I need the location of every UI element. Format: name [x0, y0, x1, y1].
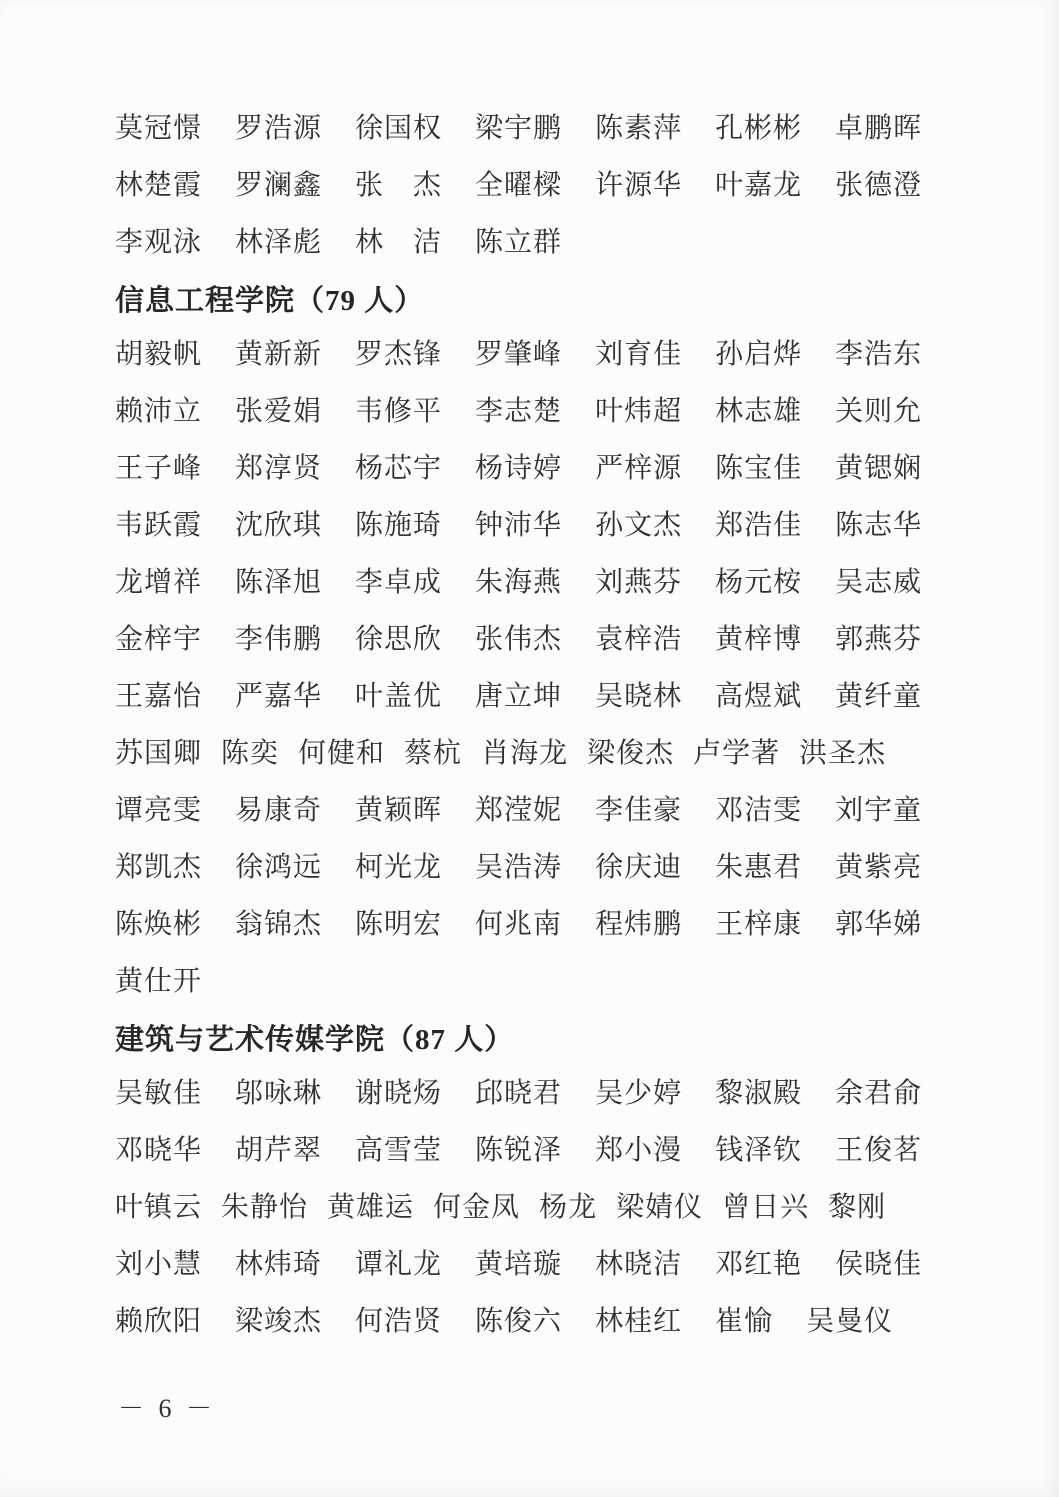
person-name: 洪圣杰	[799, 740, 886, 768]
person-name: 陈俊六	[475, 1308, 562, 1336]
person-name: 梁婧仪	[616, 1194, 703, 1222]
person-name: 关则允	[835, 398, 922, 426]
person-name: 郭燕芬	[835, 626, 922, 654]
name-row: 李观泳林泽彪林 洁陈立群	[115, 214, 949, 271]
person-name: 郑小漫	[595, 1137, 682, 1165]
person-name: 吴曼仪	[806, 1308, 893, 1336]
person-name: 邓红艳	[715, 1251, 802, 1279]
person-name: 何金凤	[433, 1194, 520, 1222]
person-name: 李佳豪	[595, 797, 682, 825]
name-row: 陈焕彬翁锦杰陈明宏何兆南程炜鹏王梓康郭华娣	[115, 896, 949, 953]
person-name: 李卓成	[355, 569, 442, 597]
person-name: 袁梓浩	[595, 626, 682, 654]
person-name: 罗肇峰	[475, 341, 562, 369]
person-name: 钱泽钦	[715, 1137, 802, 1165]
person-name: 谢晓炀	[355, 1080, 442, 1108]
section-heading: 建筑与艺术传媒学院（87 人）	[115, 1010, 949, 1065]
person-name: 郭华娣	[835, 911, 922, 939]
person-name: 肖海龙	[481, 740, 568, 768]
name-row: 郑凯杰徐鸿远柯光龙吴浩涛徐庆迪朱惠君黄紫亮	[115, 839, 949, 896]
name-row: 韦跃霞沈欣琪陈施琦钟沛华孙文杰郑浩佳陈志华	[115, 497, 949, 554]
document-page: 莫冠憬罗浩源徐国权梁宇鹏陈素萍孔彬彬卓鹏晖林楚霞罗澜鑫张 杰全曜樑许源华叶嘉龙张…	[0, 0, 1059, 1497]
person-name: 唐立坤	[475, 683, 562, 711]
person-name: 陈施琦	[355, 512, 442, 540]
person-name: 王俊茗	[835, 1137, 922, 1165]
person-name: 何兆南	[475, 911, 562, 939]
person-name: 高煜斌	[715, 683, 802, 711]
person-name: 何浩贤	[355, 1308, 442, 1336]
person-name: 杨龙	[539, 1194, 597, 1222]
person-name: 张爱娟	[235, 398, 322, 426]
person-name: 郑滢妮	[475, 797, 562, 825]
person-name: 孙文杰	[595, 512, 682, 540]
person-name: 王梓康	[715, 911, 802, 939]
person-name: 卓鹏晖	[835, 115, 922, 143]
name-row: 王嘉怡严嘉华叶盖优唐立坤吴晓林高煜斌黄纤童	[115, 668, 949, 725]
name-list-content: 莫冠憬罗浩源徐国权梁宇鹏陈素萍孔彬彬卓鹏晖林楚霞罗澜鑫张 杰全曜樑许源华叶嘉龙张…	[115, 100, 949, 1350]
person-name: 孙启烨	[715, 341, 802, 369]
person-name: 孔彬彬	[715, 115, 802, 143]
person-name: 朱海燕	[475, 569, 562, 597]
person-name: 梁竣杰	[235, 1308, 322, 1336]
person-name: 吴志威	[835, 569, 922, 597]
person-name: 黄新新	[235, 341, 322, 369]
person-name: 黄颖晖	[355, 797, 442, 825]
person-name: 吴敏佳	[115, 1080, 202, 1108]
person-name: 叶盖优	[355, 683, 442, 711]
person-name: 梁俊杰	[587, 740, 674, 768]
person-name: 胡芹翠	[235, 1137, 322, 1165]
name-row: 王子峰郑淳贤杨芯宇杨诗婷严梓源陈宝佳黄锶娴	[115, 440, 949, 497]
name-row: 胡毅帆黄新新罗杰锋罗肇峰刘育佳孙启烨李浩东	[115, 326, 949, 383]
person-name: 龙增祥	[115, 569, 202, 597]
person-name: 李伟鹏	[235, 626, 322, 654]
person-name: 黄仕开	[115, 968, 202, 996]
person-name: 杨元桉	[715, 569, 802, 597]
person-name: 曾日兴	[722, 1194, 809, 1222]
person-name: 全曜樑	[475, 172, 562, 200]
person-name: 叶炜超	[595, 398, 682, 426]
person-name: 陈锐泽	[475, 1137, 562, 1165]
person-name: 邱晓君	[475, 1080, 562, 1108]
name-row: 吴敏佳邬咏琳谢晓炀邱晓君吴少婷黎淑殿余君俞	[115, 1065, 949, 1122]
person-name: 韦修平	[355, 398, 442, 426]
person-name: 陈明宏	[355, 911, 442, 939]
person-name: 王子峰	[115, 455, 202, 483]
name-row: 谭亮雯易康奇黄颖晖郑滢妮李佳豪邓洁雯刘宇童	[115, 782, 949, 839]
person-name: 赖欣阳	[115, 1308, 202, 1336]
person-name: 刘燕芬	[595, 569, 682, 597]
person-name: 邬咏琳	[235, 1080, 322, 1108]
person-name: 陈立群	[475, 229, 562, 257]
person-name: 郑凯杰	[115, 854, 202, 882]
name-row: 金梓宇李伟鹏徐思欣张伟杰袁梓浩黄梓博郭燕芬	[115, 611, 949, 668]
person-name: 李观泳	[115, 229, 202, 257]
person-name: 陈素萍	[595, 115, 682, 143]
name-row: 赖沛立张爱娟韦修平李志楚叶炜超林志雄关则允	[115, 383, 949, 440]
person-name: 陈志华	[835, 512, 922, 540]
person-name: 罗浩源	[235, 115, 322, 143]
person-name: 钟沛华	[475, 512, 562, 540]
person-name: 罗澜鑫	[235, 172, 322, 200]
name-row: 莫冠憬罗浩源徐国权梁宇鹏陈素萍孔彬彬卓鹏晖	[115, 100, 949, 157]
person-name: 林晓洁	[595, 1251, 682, 1279]
name-row: 刘小慧林炜琦谭礼龙黄培璇林晓洁邓红艳侯晓佳	[115, 1236, 949, 1293]
person-name: 李浩东	[835, 341, 922, 369]
page-number: － 6 －	[118, 1388, 216, 1425]
name-list-section: 信息工程学院（79 人）胡毅帆黄新新罗杰锋罗肇峰刘育佳孙启烨李浩东赖沛立张爱娟韦…	[115, 271, 949, 1010]
person-name: 林炜琦	[235, 1251, 322, 1279]
person-name: 苏国卿	[115, 740, 202, 768]
person-name: 叶镇云	[115, 1194, 202, 1222]
person-name: 郑淳贤	[235, 455, 322, 483]
name-list-section: 建筑与艺术传媒学院（87 人）吴敏佳邬咏琳谢晓炀邱晓君吴少婷黎淑殿余君俞邓晓华胡…	[115, 1010, 949, 1350]
person-name: 刘小慧	[115, 1251, 202, 1279]
person-name: 郑浩佳	[715, 512, 802, 540]
person-name: 林泽彪	[235, 229, 322, 257]
person-name: 林桂红	[595, 1308, 682, 1336]
person-name: 严嘉华	[235, 683, 322, 711]
person-name: 吴少婷	[595, 1080, 682, 1108]
person-name: 刘宇童	[835, 797, 922, 825]
person-name: 蔡杭	[404, 740, 462, 768]
person-name: 程炜鹏	[595, 911, 682, 939]
person-name: 黄紫亮	[835, 854, 922, 882]
name-list-section: 莫冠憬罗浩源徐国权梁宇鹏陈素萍孔彬彬卓鹏晖林楚霞罗澜鑫张 杰全曜樑许源华叶嘉龙张…	[115, 100, 949, 271]
person-name: 卢学著	[693, 740, 780, 768]
person-name: 何健和	[298, 740, 385, 768]
person-name: 张德澄	[835, 172, 922, 200]
person-name: 吴浩涛	[475, 854, 562, 882]
section-heading: 信息工程学院（79 人）	[115, 271, 949, 326]
person-name: 黎淑殿	[715, 1080, 802, 1108]
person-name: 林楚霞	[115, 172, 202, 200]
person-name: 林 洁	[355, 229, 442, 257]
person-name: 朱静怡	[221, 1194, 308, 1222]
person-name: 邓洁雯	[715, 797, 802, 825]
person-name: 李志楚	[475, 398, 562, 426]
person-name: 徐庆迪	[595, 854, 682, 882]
person-name: 叶嘉龙	[715, 172, 802, 200]
person-name: 胡毅帆	[115, 341, 202, 369]
person-name: 陈焕彬	[115, 911, 202, 939]
person-name: 朱惠君	[715, 854, 802, 882]
person-name: 徐鸿远	[235, 854, 322, 882]
name-row: 叶镇云朱静怡黄雄运何金凤杨龙梁婧仪曾日兴黎刚	[115, 1179, 949, 1236]
person-name: 黄培璇	[475, 1251, 562, 1279]
person-name: 柯光龙	[355, 854, 442, 882]
person-name: 严梓源	[595, 455, 682, 483]
name-row: 邓晓华胡芹翠高雪莹陈锐泽郑小漫钱泽钦王俊茗	[115, 1122, 949, 1179]
person-name: 黄雄运	[327, 1194, 414, 1222]
person-name: 沈欣琪	[235, 512, 322, 540]
person-name: 邓晓华	[115, 1137, 202, 1165]
person-name: 赖沛立	[115, 398, 202, 426]
person-name: 黄梓博	[715, 626, 802, 654]
person-name: 陈奕	[221, 740, 279, 768]
person-name: 崔愉	[715, 1308, 773, 1336]
person-name: 张伟杰	[475, 626, 562, 654]
name-row: 黄仕开	[115, 953, 949, 1010]
person-name: 罗杰锋	[355, 341, 442, 369]
person-name: 余君俞	[835, 1080, 922, 1108]
person-name: 刘育佳	[595, 341, 682, 369]
person-name: 金梓宇	[115, 626, 202, 654]
person-name: 侯晓佳	[835, 1251, 922, 1279]
person-name: 莫冠憬	[115, 115, 202, 143]
person-name: 高雪莹	[355, 1137, 442, 1165]
person-name: 陈泽旭	[235, 569, 322, 597]
person-name: 韦跃霞	[115, 512, 202, 540]
name-row: 苏国卿陈奕何健和蔡杭肖海龙梁俊杰卢学著洪圣杰	[115, 725, 949, 782]
person-name: 徐国权	[355, 115, 442, 143]
name-row: 赖欣阳梁竣杰何浩贤陈俊六林桂红崔愉吴曼仪	[115, 1293, 949, 1350]
person-name: 吴晓林	[595, 683, 682, 711]
name-row: 林楚霞罗澜鑫张 杰全曜樑许源华叶嘉龙张德澄	[115, 157, 949, 214]
person-name: 杨诗婷	[475, 455, 562, 483]
person-name: 谭礼龙	[355, 1251, 442, 1279]
person-name: 易康奇	[235, 797, 322, 825]
person-name: 王嘉怡	[115, 683, 202, 711]
person-name: 谭亮雯	[115, 797, 202, 825]
person-name: 徐思欣	[355, 626, 442, 654]
person-name: 林志雄	[715, 398, 802, 426]
person-name: 梁宇鹏	[475, 115, 562, 143]
person-name: 许源华	[595, 172, 682, 200]
person-name: 杨芯宇	[355, 455, 442, 483]
person-name: 黄锶娴	[835, 455, 922, 483]
person-name: 张 杰	[355, 172, 442, 200]
person-name: 翁锦杰	[235, 911, 322, 939]
person-name: 陈宝佳	[715, 455, 802, 483]
name-row: 龙增祥陈泽旭李卓成朱海燕刘燕芬杨元桉吴志威	[115, 554, 949, 611]
person-name: 黄纤童	[835, 683, 922, 711]
person-name: 黎刚	[828, 1194, 886, 1222]
